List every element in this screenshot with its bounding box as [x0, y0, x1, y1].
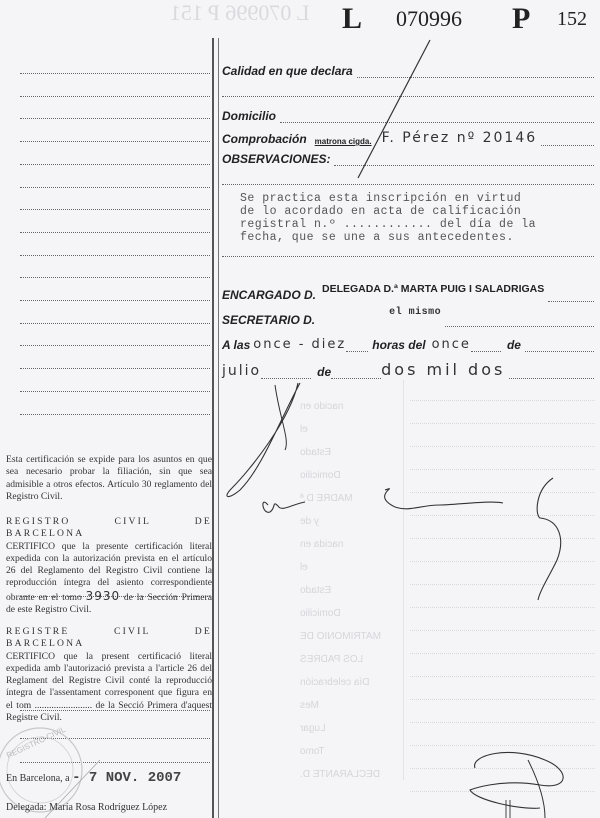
filiacion-note: Esta certificación se expide para los as…: [6, 454, 212, 517]
cert-es-title: REGISTRO CIVIL DE BARCELONA: [6, 516, 212, 541]
date-stamp: - 7 NOV. 2007: [72, 770, 181, 786]
cert-ca-body: CERTIFICO que la present certificació li…: [6, 651, 212, 723]
certificat-ca: REGISTRE CIVIL DE BARCELONA CERTIFICO qu…: [6, 626, 212, 724]
place-label: En Barcelona, a: [6, 773, 70, 784]
delegada-signature-line: Delegada: María Rosa Rodríguez López: [6, 802, 167, 813]
certificado-es: REGISTRO CIVIL DE BARCELONA CERTIFICO qu…: [6, 516, 212, 616]
cert-es-tomo: 3930: [86, 589, 121, 603]
filiacion-note-text: Esta certificación se expide para los as…: [6, 454, 212, 503]
place-date-row: En Barcelona, a - 7 NOV. 2007: [6, 770, 181, 786]
cert-ca-title: REGISTRE CIVIL DE BARCELONA: [6, 626, 212, 651]
